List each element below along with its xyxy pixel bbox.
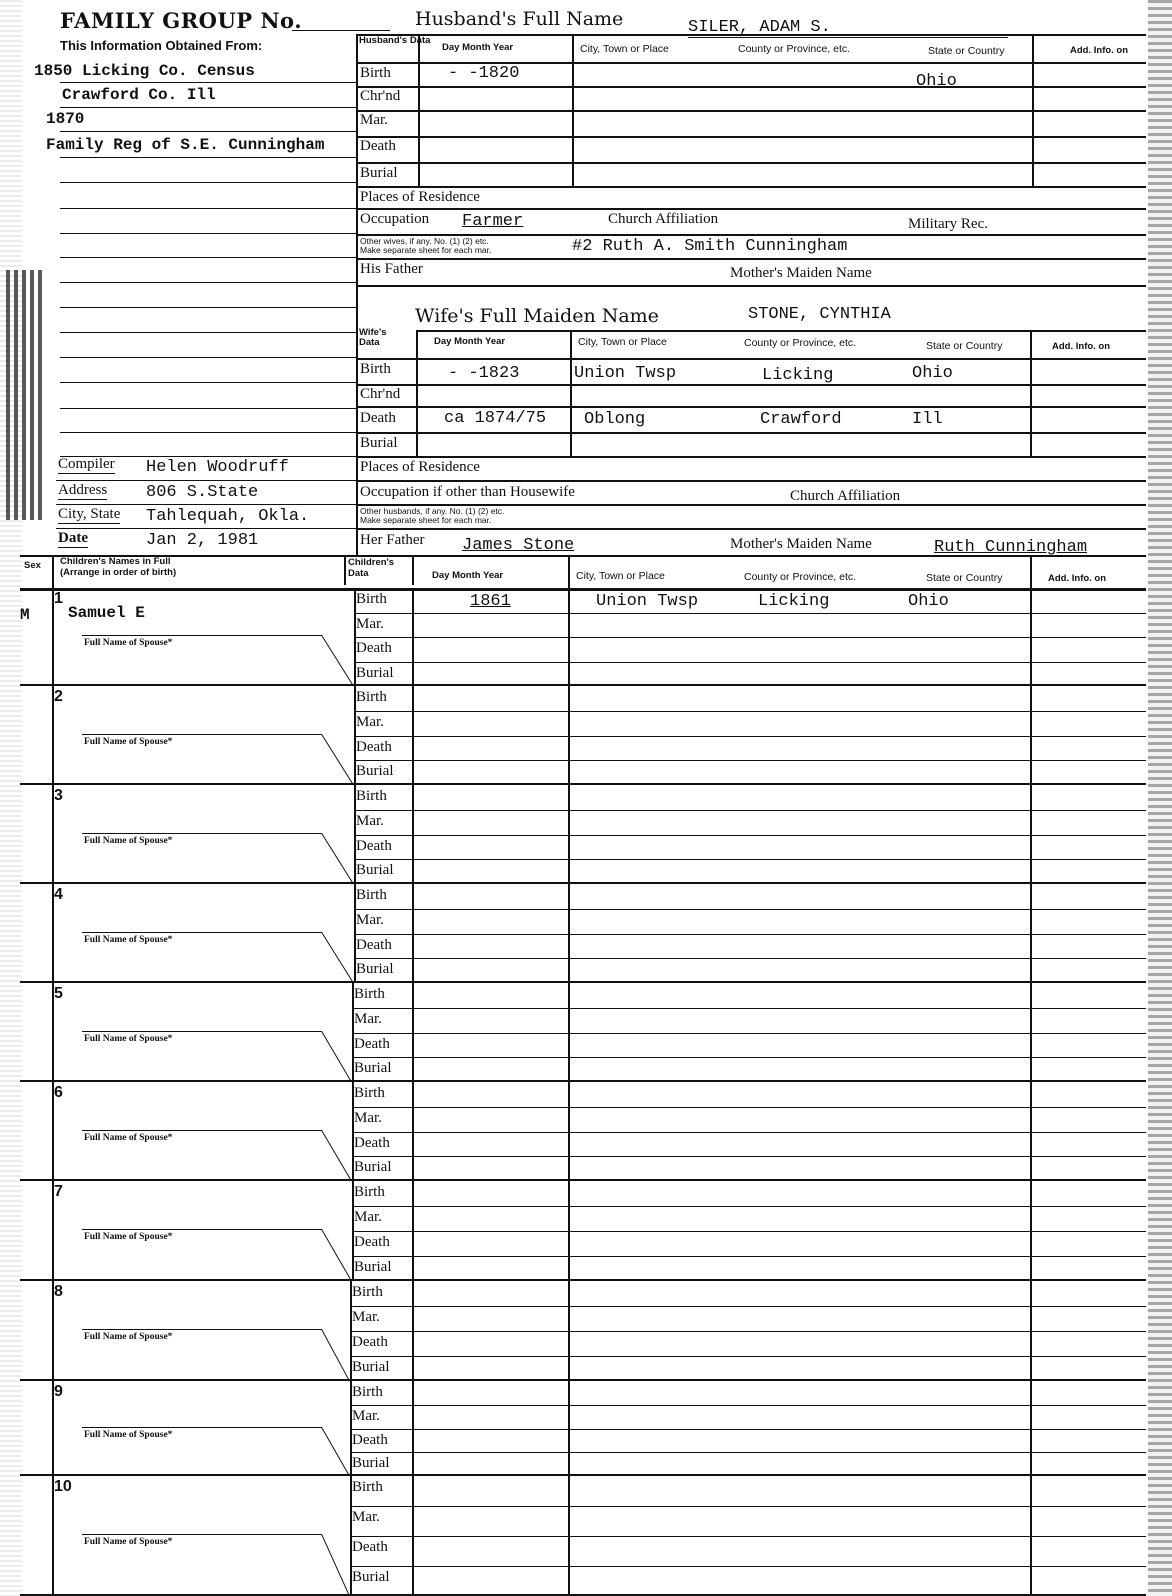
family-group-label: FAMILY GROUP No.: [60, 8, 302, 33]
child-row: 5Full Name of Spouse*BirthMar.DeathBuria…: [0, 983, 1172, 1082]
child-event-place[interactable]: [570, 1281, 1030, 1306]
wife-church-label: Church Affiliation: [790, 488, 900, 505]
child-event-place[interactable]: [570, 1206, 1030, 1231]
child-event-date[interactable]: [414, 613, 568, 638]
child-event-date[interactable]: [414, 1057, 568, 1082]
child-row: 3Full Name of Spouse*BirthMar.DeathBuria…: [0, 785, 1172, 884]
spouse-name-field[interactable]: [90, 1243, 320, 1265]
child-event-date[interactable]: [414, 662, 568, 687]
child-event-date[interactable]: [414, 1429, 568, 1453]
child-event-place[interactable]: [570, 1381, 1030, 1405]
other-wives-field[interactable]: #2 Ruth A. Smith Cunningham: [572, 237, 847, 256]
child-event-place[interactable]: [570, 1256, 1030, 1281]
child-event-place[interactable]: [570, 1181, 1030, 1206]
husband-residence-label: Places of Residence: [360, 189, 480, 206]
wife-col-date-header: Day Month Year: [434, 336, 505, 347]
child-birth-date[interactable]: 1861: [470, 592, 511, 611]
child-event-label-mar: Mar.: [356, 813, 384, 830]
husband-occupation-label: Occupation: [360, 211, 429, 228]
child-event-place[interactable]: [570, 1452, 1030, 1476]
her-father-label: Her Father: [360, 532, 425, 549]
children-data-header: Children's Data: [348, 557, 394, 579]
child-number: 6: [54, 1084, 63, 1102]
child-number: 8: [54, 1283, 63, 1301]
child-event-date[interactable]: [414, 1356, 568, 1381]
child-event-place[interactable]: [570, 835, 1030, 860]
spouse-name-field[interactable]: [90, 846, 320, 868]
spouse-label: Full Name of Spouse*: [84, 935, 172, 945]
source-line-1[interactable]: 1850 Licking Co. Census: [34, 62, 255, 80]
sex-header: Sex: [24, 560, 41, 571]
child-row: 8Full Name of Spouse*BirthMar.DeathBuria…: [0, 1281, 1172, 1381]
child-event-date[interactable]: [414, 1181, 568, 1206]
child-event-label-birth: Birth: [354, 1085, 385, 1102]
address-field[interactable]: 806 S.State: [146, 483, 258, 502]
husband-death-label: Death: [360, 138, 396, 155]
child-event-date[interactable]: [414, 785, 568, 810]
child-event-label-death: Death: [354, 1135, 390, 1152]
source-line-4[interactable]: Family Reg of S.E. Cunningham: [46, 136, 324, 154]
child-event-date[interactable]: [414, 686, 568, 711]
child-event-place[interactable]: [570, 1566, 1030, 1596]
child-event-label-death: Death: [356, 739, 392, 756]
child-event-label-mar: Mar.: [352, 1509, 380, 1526]
child-event-date[interactable]: [414, 958, 568, 983]
spouse-divider: [321, 1329, 350, 1382]
wife-col-county-header: County or Province, etc.: [744, 337, 856, 349]
husband-chrnd-label: Chr'nd: [360, 88, 400, 105]
child-event-label-mar: Mar.: [356, 616, 384, 633]
spouse-label: Full Name of Spouse*: [84, 836, 172, 846]
spouse-label: Full Name of Spouse*: [84, 638, 172, 648]
child-event-date[interactable]: [414, 760, 568, 785]
child-event-label-birth: Birth: [356, 591, 387, 608]
child-event-place[interactable]: [570, 884, 1030, 909]
child-event-date[interactable]: [414, 1082, 568, 1107]
child-event-label-burial: Burial: [356, 665, 394, 682]
child-event-place[interactable]: [570, 785, 1030, 810]
child-event-label-mar: Mar.: [356, 714, 384, 731]
child-event-date[interactable]: [414, 1381, 568, 1405]
child-event-date[interactable]: [414, 1306, 568, 1331]
child-sex[interactable]: M: [20, 606, 30, 624]
spouse-divider: [321, 833, 354, 885]
wife-death-label: Death: [360, 410, 396, 427]
her-father-field[interactable]: James Stone: [462, 536, 574, 555]
child-col-state-header: State or Country: [926, 572, 1002, 584]
child-event-date[interactable]: [414, 1231, 568, 1256]
child-event-date[interactable]: [414, 909, 568, 934]
child-event-place[interactable]: [570, 1156, 1030, 1181]
child-event-place[interactable]: [570, 613, 1030, 638]
child-event-place[interactable]: [570, 1082, 1030, 1107]
wife-birth-label: Birth: [360, 361, 391, 378]
wife-birth-city[interactable]: Union Twsp: [574, 364, 676, 383]
child-name-field[interactable]: Samuel E: [68, 604, 145, 622]
spouse-name-field[interactable]: [90, 1143, 320, 1165]
child-number: 4: [54, 886, 63, 904]
child-event-date[interactable]: [414, 1331, 568, 1356]
date-field[interactable]: Jan 2, 1981: [146, 531, 258, 550]
family-group-no-field[interactable]: [292, 30, 390, 31]
child-event-label-birth: Birth: [356, 887, 387, 904]
spouse-divider: [321, 932, 354, 984]
spouse-divider: [321, 1031, 352, 1083]
child-row: M1Samuel EFull Name of Spouse*BirthMar.D…: [0, 588, 1172, 686]
child-event-label-death: Death: [352, 1334, 388, 1351]
child-event-place[interactable]: [570, 1331, 1030, 1356]
child-event-date[interactable]: [414, 884, 568, 909]
wife-burial-label: Burial: [360, 435, 398, 452]
child-event-label-mar: Mar.: [354, 1011, 382, 1028]
spouse-name-field[interactable]: [90, 1440, 320, 1462]
source-line-2[interactable]: Crawford Co. Ill: [62, 86, 216, 104]
child-number: 2: [54, 688, 63, 706]
child-event-place[interactable]: [570, 1033, 1030, 1058]
spouse-divider: [321, 635, 354, 687]
spouse-name-field[interactable]: [90, 945, 320, 967]
wife-chrnd-label: Chr'nd: [360, 386, 400, 403]
child-event-label-birth: Birth: [352, 1284, 383, 1301]
her-mother-label: Mother's Maiden Name: [730, 536, 872, 553]
wife-data-label: Wife's Data: [359, 328, 409, 348]
child-row: 6Full Name of Spouse*BirthMar.DeathBuria…: [0, 1082, 1172, 1181]
wife-birth-state[interactable]: Ohio: [912, 364, 953, 383]
spouse-label: Full Name of Spouse*: [84, 1332, 172, 1342]
spouse-name-field[interactable]: [90, 1343, 320, 1365]
child-event-date[interactable]: [414, 1107, 568, 1132]
spouse-name-field[interactable]: [90, 649, 320, 671]
child-event-label-burial: Burial: [352, 1569, 390, 1586]
husband-church-label: Church Affiliation: [608, 211, 718, 228]
child-event-label-death: Death: [352, 1432, 388, 1449]
child-event-date[interactable]: [414, 859, 568, 884]
child-number: 9: [54, 1383, 63, 1401]
address-label: Address: [58, 482, 107, 500]
child-event-date[interactable]: [414, 835, 568, 860]
husband-mar-label: Mar.: [360, 112, 388, 129]
child-event-date[interactable]: [414, 1566, 568, 1596]
child-event-place[interactable]: [570, 1356, 1030, 1381]
col-state-header: State or Country: [928, 45, 1004, 57]
col-city-header: City, Town or Place: [580, 43, 669, 55]
child-event-place[interactable]: [570, 637, 1030, 662]
child-col-county-header: County or Province, etc.: [744, 571, 856, 583]
child-birth-county[interactable]: Licking: [758, 592, 829, 611]
spouse-label: Full Name of Spouse*: [84, 737, 172, 747]
child-event-place[interactable]: [570, 1231, 1030, 1256]
wife-name-field[interactable]: STONE, CYNTHIA: [748, 305, 891, 324]
child-event-label-death: Death: [354, 1036, 390, 1053]
spouse-label: Full Name of Spouse*: [84, 1232, 172, 1242]
child-event-label-birth: Birth: [356, 689, 387, 706]
child-event-label-death: Death: [354, 1234, 390, 1251]
child-event-place[interactable]: [570, 686, 1030, 711]
child-event-place[interactable]: [570, 1536, 1030, 1566]
children-names-header: Children's Names in Full (Arrange in ord…: [60, 556, 176, 578]
spouse-label: Full Name of Spouse*: [84, 1430, 172, 1440]
wife-birth-county[interactable]: Licking: [762, 366, 833, 385]
source-line-3[interactable]: 1870: [46, 110, 84, 128]
child-col-city-header: City, Town or Place: [576, 570, 665, 582]
child-number: 5: [54, 985, 63, 1003]
child-row: 7Full Name of Spouse*BirthMar.DeathBuria…: [0, 1181, 1172, 1281]
husband-birth-date[interactable]: - -1820: [448, 64, 519, 83]
child-number: 10: [54, 1478, 72, 1496]
child-event-place[interactable]: [570, 1057, 1030, 1082]
child-event-date[interactable]: [414, 1405, 568, 1429]
col-date-header: Day Month Year: [442, 42, 513, 53]
husband-name-label: Husband's Full Name: [415, 8, 623, 30]
child-event-place[interactable]: [570, 711, 1030, 736]
husband-burial-label: Burial: [360, 165, 398, 182]
child-birth-state[interactable]: Ohio: [908, 592, 949, 611]
child-row: 2Full Name of Spouse*BirthMar.DeathBuria…: [0, 686, 1172, 785]
husband-birth-state[interactable]: Ohio: [916, 72, 957, 91]
child-event-date[interactable]: [414, 1156, 568, 1181]
child-event-date[interactable]: [414, 711, 568, 736]
wife-residence-label: Places of Residence: [360, 459, 480, 476]
wife-occupation-label: Occupation if other than Housewife: [360, 484, 575, 501]
spouse-name-field[interactable]: [90, 1550, 320, 1572]
wife-col-state-header: State or Country: [926, 340, 1002, 352]
his-mother-label: Mother's Maiden Name: [730, 265, 872, 282]
child-event-label-birth: Birth: [352, 1479, 383, 1496]
child-event-date[interactable]: [414, 934, 568, 959]
child-event-place[interactable]: [570, 859, 1030, 884]
child-birth-city[interactable]: Union Twsp: [596, 592, 698, 611]
child-event-label-burial: Burial: [356, 763, 394, 780]
spouse-divider: [321, 1130, 352, 1182]
child-event-label-birth: Birth: [354, 986, 385, 1003]
child-event-label-birth: Birth: [356, 788, 387, 805]
child-row: 4Full Name of Spouse*BirthMar.DeathBuria…: [0, 884, 1172, 983]
child-event-label-birth: Birth: [354, 1184, 385, 1201]
child-event-place[interactable]: [570, 810, 1030, 835]
compiler-label: Compiler: [58, 456, 115, 474]
spouse-divider: [321, 1427, 350, 1477]
child-event-place[interactable]: [570, 909, 1030, 934]
child-event-date[interactable]: [414, 1476, 568, 1506]
child-event-place[interactable]: [570, 1132, 1030, 1157]
child-number: 3: [54, 787, 63, 805]
wife-col-city-header: City, Town or Place: [578, 336, 667, 348]
wife-death-county[interactable]: Crawford: [760, 410, 842, 429]
child-event-label-mar: Mar.: [352, 1408, 380, 1425]
child-event-place[interactable]: [570, 1506, 1030, 1536]
rotated-margin-instructions: [6, 270, 46, 520]
child-event-place[interactable]: [570, 1405, 1030, 1429]
child-event-label-death: Death: [356, 640, 392, 657]
wife-death-date[interactable]: ca 1874/75: [444, 409, 546, 428]
spouse-name-field[interactable]: [90, 747, 320, 769]
wife-death-city[interactable]: Oblong: [584, 410, 645, 429]
child-event-date[interactable]: [414, 983, 568, 1008]
col-addinfo-header: Add. Info. on: [1070, 45, 1128, 56]
spouse-name-field[interactable]: [90, 1044, 320, 1066]
spouse-divider: [321, 1229, 352, 1282]
husband-birth-label: Birth: [360, 65, 391, 82]
child-col-date-header: Day Month Year: [432, 570, 503, 581]
child-event-place[interactable]: [570, 934, 1030, 959]
wife-col-addinfo-header: Add. Info. on: [1052, 341, 1110, 352]
his-father-label: His Father: [360, 261, 423, 278]
date-label: Date: [58, 530, 88, 548]
child-event-date[interactable]: [414, 810, 568, 835]
child-event-place[interactable]: [570, 1107, 1030, 1132]
city-state-label: City, State: [58, 506, 120, 524]
child-event-place[interactable]: [570, 1476, 1030, 1506]
child-event-date[interactable]: [414, 1452, 568, 1476]
child-event-date[interactable]: [414, 736, 568, 761]
husband-occupation-field[interactable]: Farmer: [462, 212, 523, 231]
other-husbands-label: Other husbands, if any. No. (1) (2) etc.…: [360, 507, 504, 525]
spouse-divider: [321, 734, 354, 786]
child-number: 1: [54, 590, 63, 608]
child-row: 9Full Name of Spouse*BirthMar.DeathBuria…: [0, 1381, 1172, 1476]
child-event-label-burial: Burial: [354, 1159, 392, 1176]
child-event-date[interactable]: [414, 1506, 568, 1536]
child-col-addinfo-header: Add. Info. on: [1048, 573, 1106, 584]
child-event-place[interactable]: [570, 662, 1030, 687]
child-event-place[interactable]: [570, 1429, 1030, 1453]
spouse-divider: [321, 1534, 350, 1596]
wife-name-label: Wife's Full Maiden Name: [415, 305, 659, 327]
child-event-place[interactable]: [570, 983, 1030, 1008]
child-event-label-burial: Burial: [356, 862, 394, 879]
compiler-field[interactable]: Helen Woodruff: [146, 458, 289, 477]
wife-death-state[interactable]: Ill: [912, 410, 943, 429]
child-event-place[interactable]: [570, 1008, 1030, 1033]
child-event-place[interactable]: [570, 1306, 1030, 1331]
child-event-label-death: Death: [356, 937, 392, 954]
child-event-place[interactable]: [570, 736, 1030, 761]
child-event-place[interactable]: [570, 760, 1030, 785]
child-row: 10Full Name of Spouse*BirthMar.DeathBuri…: [0, 1476, 1172, 1596]
other-wives-label: Other wives, if any. No. (1) (2) etc. Ma…: [360, 237, 491, 255]
col-county-header: County or Province, etc.: [738, 43, 850, 55]
child-event-date[interactable]: [414, 1281, 568, 1306]
child-event-date[interactable]: [414, 1033, 568, 1058]
child-event-date[interactable]: [414, 1132, 568, 1157]
child-event-label-burial: Burial: [354, 1259, 392, 1276]
source-label: This Information Obtained From:: [60, 38, 262, 53]
child-event-date[interactable]: [414, 1206, 568, 1231]
child-event-label-burial: Burial: [354, 1060, 392, 1077]
child-event-label-mar: Mar.: [354, 1110, 382, 1127]
child-event-label-burial: Burial: [352, 1455, 390, 1472]
child-event-label-death: Death: [356, 838, 392, 855]
spouse-label: Full Name of Spouse*: [84, 1537, 172, 1547]
spouse-label: Full Name of Spouse*: [84, 1034, 172, 1044]
child-event-label-mar: Mar.: [352, 1309, 380, 1326]
child-event-date[interactable]: [414, 1536, 568, 1566]
child-number: 7: [54, 1183, 63, 1201]
child-event-label-burial: Burial: [352, 1359, 390, 1376]
child-event-date[interactable]: [414, 1256, 568, 1281]
child-event-label-mar: Mar.: [354, 1209, 382, 1226]
child-event-date[interactable]: [414, 1008, 568, 1033]
wife-birth-date[interactable]: - -1823: [448, 364, 519, 383]
child-event-label-birth: Birth: [352, 1384, 383, 1401]
husband-military-label: Military Rec.: [908, 216, 988, 233]
child-event-date[interactable]: [414, 637, 568, 662]
spouse-label: Full Name of Spouse*: [84, 1133, 172, 1143]
child-event-label-mar: Mar.: [356, 912, 384, 929]
child-event-label-death: Death: [352, 1539, 388, 1556]
child-event-label-burial: Burial: [356, 961, 394, 978]
city-state-field[interactable]: Tahlequah, Okla.: [146, 507, 309, 526]
child-event-place[interactable]: [570, 958, 1030, 983]
